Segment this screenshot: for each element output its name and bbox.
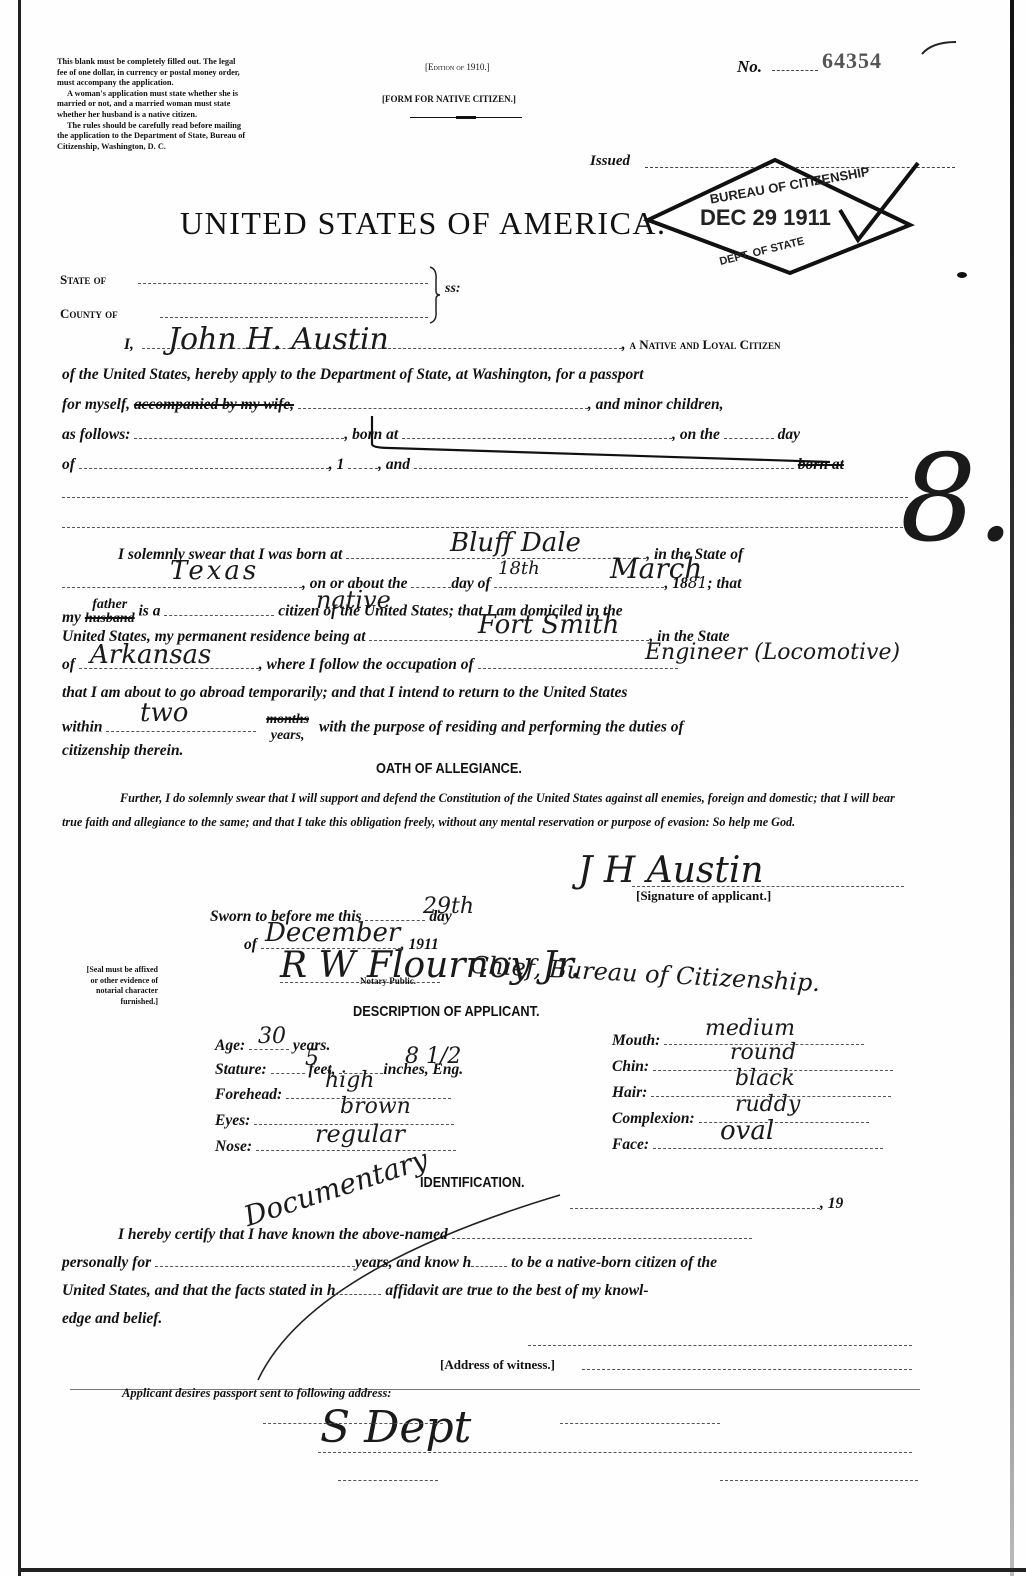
- stamp-date: DEC 29 1911: [700, 205, 831, 230]
- citizen-type-field: [164, 603, 274, 616]
- identification-line-3: United States, and that the facts stated…: [62, 1282, 649, 1300]
- of-text: of: [62, 656, 75, 673]
- blank-line-1: [62, 497, 908, 498]
- stature-label: Stature:: [215, 1061, 267, 1078]
- facts-stated-text: United States, and that the facts stated…: [62, 1282, 335, 1299]
- as-follows-text: as follows:: [62, 426, 130, 443]
- nose-handwritten: regular: [315, 1120, 405, 1148]
- application-line-2: of the United States, hereby apply to th…: [62, 366, 644, 384]
- certify-text: I hereby certify that I have known the a…: [118, 1226, 448, 1243]
- struck-wife-text: accompanied by my wife,: [134, 396, 294, 413]
- number-label: No.: [737, 57, 762, 77]
- instructions-notice: This blank must be completely filled out…: [57, 57, 247, 152]
- margin-note-handwritten: 8.: [900, 430, 1015, 569]
- months-struck-text: months: [266, 712, 309, 728]
- ss-label: ss:: [445, 281, 461, 297]
- number-field-line: [772, 70, 818, 71]
- purpose-text: with the purpose of residing and perform…: [319, 719, 684, 736]
- mailing-line-2: [318, 1452, 912, 1453]
- notice-rules: The rules should be carefully read befor…: [57, 121, 247, 153]
- complexion-label: Complexion:: [612, 1110, 695, 1127]
- age-label: Age:: [215, 1037, 245, 1054]
- my-text: my: [62, 609, 81, 626]
- ornament-rule: [410, 117, 522, 118]
- scan-edge-right: [1010, 0, 1014, 1576]
- of-text: of: [62, 456, 75, 473]
- identification-title: IDENTIFICATION.: [420, 1174, 525, 1191]
- mailing-address-label: Applicant desires passport sent to follo…: [122, 1386, 391, 1401]
- oath-title: OATH OF ALLEGIANCE.: [376, 760, 522, 777]
- child-name-field: [134, 426, 344, 439]
- applicant-signature-handwritten: J H Austin: [578, 850, 764, 891]
- bureau-stamp: BUREAU OF CITIZENSHIP DEC 29 1911 DEPT. …: [640, 155, 920, 275]
- born-at-struck-text: born at: [798, 456, 844, 473]
- sworn-day-handwritten: 29th: [423, 894, 474, 919]
- face-label: Face:: [612, 1136, 649, 1153]
- identification-year-label: , 19: [820, 1195, 843, 1213]
- pronoun-field-2: [335, 1282, 381, 1295]
- county-of-label: County of: [60, 306, 118, 322]
- ink-dot: [957, 272, 967, 278]
- chin-handwritten: round: [730, 1040, 796, 1065]
- occupation-label: , where I follow the occupation of: [259, 656, 474, 673]
- witness-address-field: [582, 1369, 912, 1370]
- forehead-handwritten: high: [325, 1068, 374, 1093]
- complexion-handwritten: ruddy: [735, 1092, 800, 1117]
- and-text: , and: [378, 456, 410, 473]
- is-a-text: is a: [139, 603, 161, 620]
- birth-month-handwritten: March: [610, 552, 702, 585]
- i-label: I,: [124, 336, 134, 353]
- birth-day-field: [411, 575, 451, 588]
- citizen-type-handwritten: native: [316, 586, 391, 614]
- description-title: DESCRIPTION OF APPLICANT.: [353, 1003, 540, 1020]
- month-field: [79, 456, 329, 469]
- native-loyal-label: a Native and Loyal Citizen: [630, 337, 781, 352]
- signature-label: [Signature of applicant.]: [636, 888, 771, 904]
- of-label: of: [244, 936, 257, 953]
- state-of-field: [138, 283, 428, 284]
- notary-title-handwritten: Chief, Bureau of Citizenship.: [470, 951, 821, 997]
- identification-line-1: I hereby certify that I have known the a…: [62, 1226, 752, 1244]
- feet-handwritten: 5: [305, 1046, 319, 1071]
- second-child-field: [414, 456, 794, 469]
- native-born-text: to be a native-born citizen of the: [511, 1254, 717, 1271]
- scan-edge-left: [18, 0, 21, 1576]
- face-handwritten: oval: [720, 1116, 774, 1146]
- mailing-address-handwritten: S Dept: [320, 1402, 471, 1453]
- that-text: ; that: [707, 575, 741, 592]
- witness-address-label: [Address of witness.]: [440, 1357, 555, 1373]
- applicant-name-handwritten: John H. Austin: [168, 322, 389, 357]
- mailing-line-1a: [263, 1423, 443, 1424]
- mailing-line-3b: [720, 1480, 918, 1481]
- occupation-handwritten: Engineer (Locomotive): [645, 640, 900, 665]
- birth-day-handwritten: 18th: [498, 558, 540, 579]
- mailing-line-1b: [560, 1423, 720, 1424]
- mouth-label: Mouth:: [612, 1032, 660, 1049]
- number-tick-mark: [920, 38, 960, 58]
- witness-signature-field: [528, 1345, 912, 1346]
- affidavit-text: affidavit are true to the best of my kno…: [385, 1282, 648, 1299]
- scan-edge-bottom: [18, 1568, 1026, 1572]
- inches-handwritten: 8 1/2: [405, 1044, 461, 1069]
- notary-public-label: Notary Public.: [360, 976, 416, 986]
- mailing-line-3a: [338, 1480, 438, 1481]
- chin-label: Chin:: [612, 1058, 649, 1075]
- age-handwritten: 30: [258, 1024, 286, 1049]
- forehead-label: Forehead:: [215, 1086, 282, 1103]
- notice-fee: This blank must be completely filled out…: [57, 57, 247, 89]
- relation-text: father: [85, 598, 135, 612]
- for-myself-text: for myself,: [62, 396, 130, 413]
- nose-label: Nose:: [215, 1138, 252, 1155]
- application-number: 64354: [822, 48, 882, 74]
- years-known-field: [155, 1254, 355, 1267]
- edition-label: [Edition of 1910.]: [425, 62, 490, 72]
- year-field: [348, 456, 378, 469]
- issued-label: Issued: [590, 153, 630, 170]
- feet-field: [271, 1061, 305, 1074]
- sworn-month-handwritten: December: [265, 918, 400, 948]
- hair-handwritten: black: [735, 1066, 795, 1091]
- notice-woman: A woman's application must state whether…: [57, 89, 247, 121]
- above-named-field: [452, 1226, 752, 1239]
- state-of-label: State of: [60, 272, 106, 288]
- birth-state-handwritten: Texas: [170, 556, 259, 586]
- within-text: within: [62, 719, 103, 736]
- document-title: UNITED STATES OF AMERICA.: [180, 205, 667, 242]
- application-line-5: of , 1 , and born at: [62, 456, 844, 474]
- residence-state-handwritten: Arkansas: [90, 640, 211, 670]
- stamp-top-text: BUREAU OF CITIZENSHIP: [709, 164, 871, 207]
- identification-line-4: edge and belief.: [62, 1310, 162, 1328]
- pronoun-field-1: [471, 1254, 507, 1267]
- mouth-handwritten: medium: [705, 1016, 795, 1041]
- personally-for-text: personally for: [62, 1254, 151, 1271]
- identification-date-field: [570, 1208, 820, 1209]
- identification-line-2: personally for years, and know h to be a…: [62, 1254, 717, 1272]
- residence-city-handwritten: Fort Smith: [478, 610, 619, 640]
- brace-icon: [428, 265, 442, 325]
- passport-application-page: This blank must be completely filled out…: [0, 0, 1026, 1576]
- duration-handwritten: two: [140, 698, 188, 728]
- therein-line: citizenship therein.: [62, 742, 183, 760]
- years-text: years,: [266, 728, 309, 744]
- day-of-text: day of: [451, 575, 490, 592]
- birthplace-handwritten: Bluff Dale: [450, 528, 581, 558]
- wife-name-field: [298, 396, 588, 409]
- hair-label: Hair:: [612, 1084, 647, 1101]
- county-of-field: [160, 317, 428, 318]
- know-h-text: years, and know h: [355, 1254, 471, 1271]
- seal-note: [Seal must be affixed or other evidence …: [86, 965, 158, 1007]
- eyes-handwritten: brown: [340, 1094, 411, 1119]
- form-type-label: [FORM FOR NATIVE CITIZEN.]: [382, 94, 516, 104]
- relation-struck-text: husband: [85, 612, 135, 626]
- oath-text: Further, I do solemnly swear that I will…: [62, 786, 908, 834]
- eyes-label: Eyes:: [215, 1112, 250, 1129]
- year-prefix-text: , 1: [329, 456, 345, 473]
